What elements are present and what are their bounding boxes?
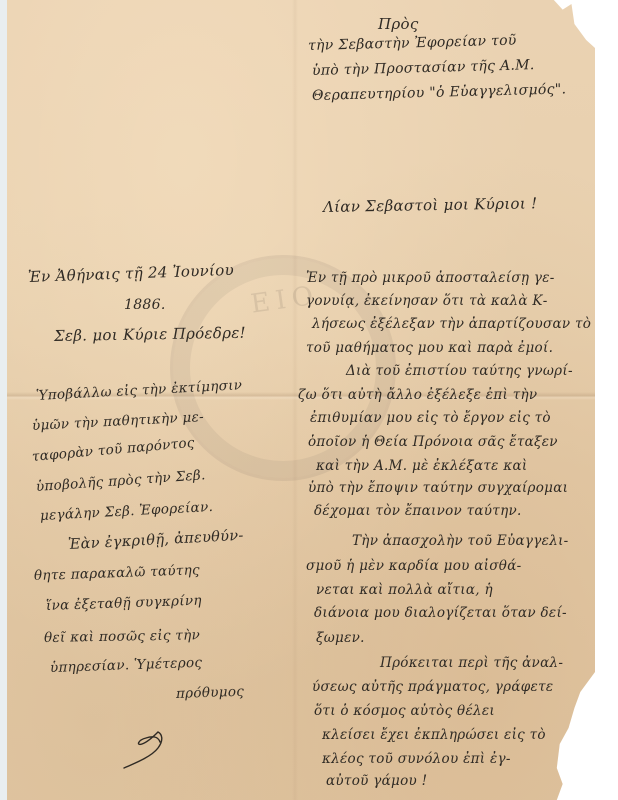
greeting: Σεβ. μοι Κύριε Πρόεδρε! <box>54 324 246 345</box>
right-line: δέχομαι τὸν ἔπαινον ταύτην. <box>314 503 522 519</box>
right-line: σμοῦ ἡ μὲν καρδία μου αἰσθά- <box>306 558 521 574</box>
address-line: Πρὸς <box>378 15 419 33</box>
left-line: θεῖ καὶ ποσῶς εἰς τὴν <box>44 627 200 646</box>
right-line: ὁποῖον ἡ Θεία Πρόνοια σᾶς ἔταξεν <box>308 434 558 450</box>
right-line: τοῦ μαθήματος μου καὶ παρὰ ἐμοί. <box>306 340 553 356</box>
year: 1886. <box>124 297 166 313</box>
right-line: γονυίᾳ, ἐκείνησαν ὅτι τὰ καλὰ Κ- <box>306 293 548 309</box>
signature-icon <box>118 722 178 772</box>
right-line: αὐτοῦ γάμου ! <box>326 773 427 789</box>
right-line: ξωμεν. <box>316 630 365 646</box>
right-line: Πρόκειται περὶ τῆς ἀναλ- <box>380 655 563 671</box>
left-line: πρόθυμος <box>176 684 245 702</box>
right-line: ζω ὅτι αὐτὴ ἄλλο ἐξέλεξε ἐπὶ τὴν <box>298 387 537 403</box>
right-line: Τὴν ἀπασχολὴν τοῦ Εὐαγγελι- <box>352 533 569 549</box>
right-line: Διὰ τοῦ ἐπιστίου ταύτης γνωρί- <box>346 363 573 379</box>
right-line: ἐπιθυμίαν μου εἰς τὸ ἔργον εἰς τὸ <box>310 410 551 426</box>
right-line: Ἐν τῇ πρὸ μικροῦ ἀποσταλείσῃ γε- <box>306 270 555 286</box>
right-line: ὅτι ὁ κόσμος αὐτὸς θέλει <box>314 703 495 719</box>
right-line: κλείσει ἔχει ἐκπληρώσει εἰς τὸ <box>322 727 546 743</box>
salutation: Λίαν Σεβαστοὶ μοι Κύριοι ! <box>323 194 538 216</box>
right-line: κλέος τοῦ συνόλου ἐπὶ ἐγ- <box>322 751 511 767</box>
right-line: ύσεως αὐτῆς πράγματος, γράφετε <box>312 679 553 695</box>
right-line: λήσεως ἐξέλεξαν τὴν ἀπαρτίζουσαν τὸ <box>312 316 591 332</box>
right-line: ὑπὸ τὴν ἔποψιν ταύτην συγχαίρομαι <box>308 480 568 496</box>
scan-border <box>0 0 7 800</box>
right-line: νεται καὶ πολλὰ αἴτια, ἡ <box>316 582 493 598</box>
right-line: καὶ τὴν Α.Μ. μὲ ἐκλέξατε καὶ <box>316 458 527 474</box>
right-line: διάνοια μου διαλογίζεται ὅταν δεί- <box>314 605 567 621</box>
